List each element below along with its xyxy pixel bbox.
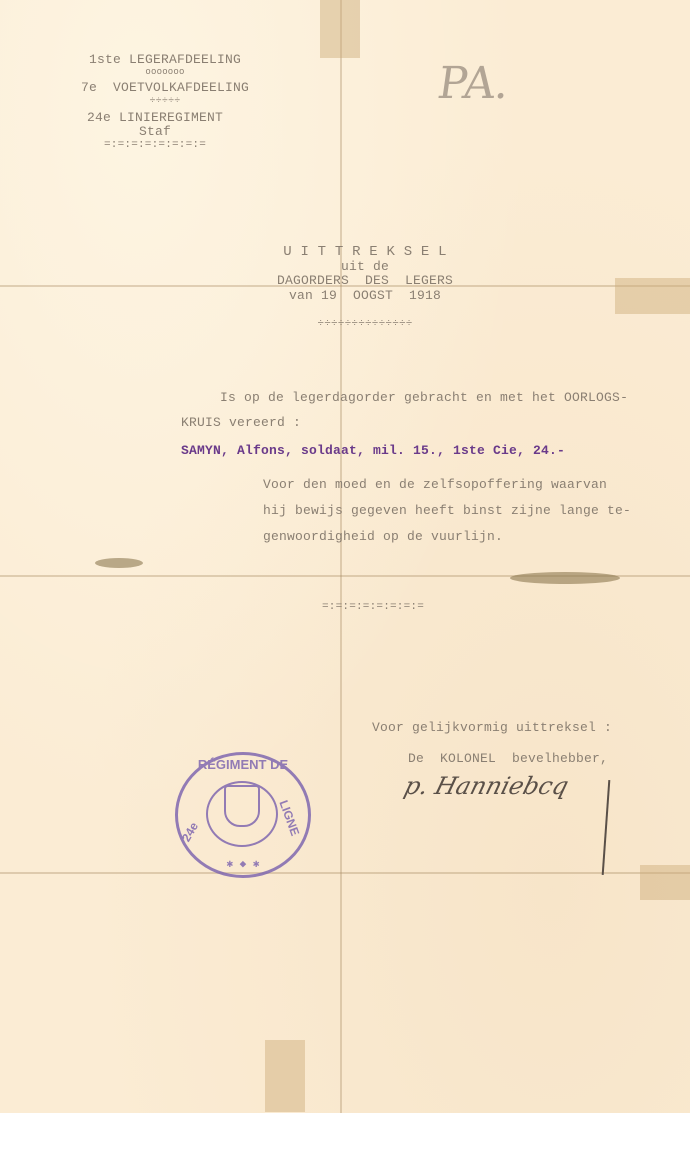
header-ornament: =:=:=:=:=:=:=:= xyxy=(50,139,260,151)
closing-title: De KOLONEL bevelhebber, xyxy=(408,751,608,766)
regiment-stamp: RÉGIMENT DE 24e LIGNE ✱ ◆ ✱ xyxy=(175,752,311,878)
header-staff: Staf xyxy=(50,124,260,139)
tape-strip xyxy=(265,1040,305,1112)
recipient-line: SAMYN, Alfons, soldaat, mil. 15., 1ste C… xyxy=(181,443,565,458)
body-intro: Is op de legerdagorder gebracht en met h… xyxy=(220,390,628,405)
signature-stroke xyxy=(602,780,611,875)
stain xyxy=(95,558,143,568)
title-source: DAGORDERS DES LEGERS xyxy=(250,273,480,288)
closing-line: Voor gelijkvormig uittreksel : xyxy=(372,720,612,735)
coat-of-arms-icon xyxy=(224,785,260,827)
body-separator: =:=:=:=:=:=:=:= xyxy=(322,601,424,613)
header-ornament: ooooooo xyxy=(60,67,270,77)
stain xyxy=(510,572,620,584)
title-sub: uit de xyxy=(250,259,480,274)
document-page: 1ste LEGERAFDEELING ooooooo 7e VOETVOLKA… xyxy=(0,0,690,1113)
citation-line: genwoordigheid op de vuurlijn. xyxy=(263,529,503,544)
body-intro: KRUIS vereerd : xyxy=(181,415,301,430)
document-title: U I T T R E K S E L xyxy=(250,244,480,260)
title-ornament: ÷÷÷÷÷÷÷÷÷÷÷÷÷÷ xyxy=(250,318,480,330)
header-regiment: 24e LINIEREGIMENT xyxy=(50,110,260,125)
tape-strip xyxy=(320,0,360,58)
tape-strip xyxy=(615,278,690,314)
tape-strip xyxy=(640,865,690,900)
signature: p. Hanniebcq xyxy=(401,772,571,800)
handwritten-annotation: PA. xyxy=(434,58,512,109)
stamp-text: LIGNE xyxy=(277,798,303,837)
stamp-text: RÉGIMENT DE xyxy=(186,757,300,772)
header-subdivision: 7e VOETVOLKAFDEELING xyxy=(60,80,270,95)
fold-line xyxy=(340,0,342,1113)
citation-line: hij bewijs gegeven heeft binst zijne lan… xyxy=(263,503,631,518)
fold-line xyxy=(0,872,690,874)
stamp-number: 24e xyxy=(179,820,201,844)
title-date: van 19 OOGST 1918 xyxy=(250,288,480,303)
header-ornament: ÷÷÷÷÷ xyxy=(60,96,270,107)
citation-line: Voor den moed en de zelfsopoffering waar… xyxy=(263,477,607,492)
stamp-ornament: ✱ ◆ ✱ xyxy=(178,857,308,871)
header-division: 1ste LEGERAFDEELING xyxy=(60,52,270,67)
